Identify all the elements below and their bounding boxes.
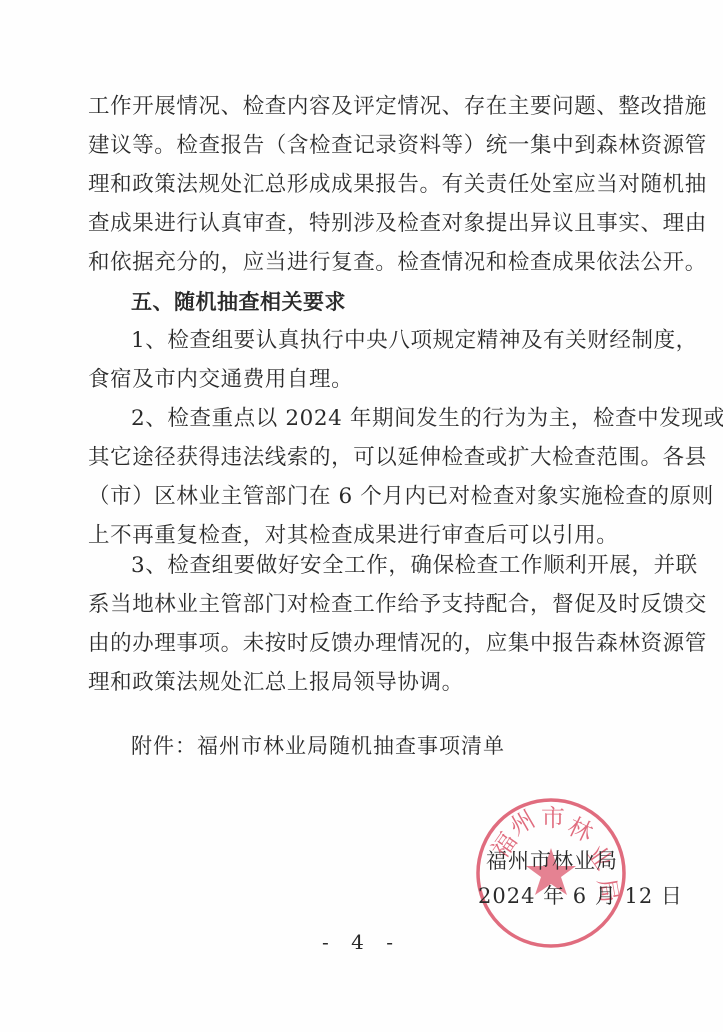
item-1-line: 食宿及市内交通费用自理。: [88, 367, 648, 393]
svg-text:市: 市: [541, 804, 565, 832]
item-3-line: 3、检查组要做好安全工作，确保检查工作顺利开展，并联: [131, 553, 648, 579]
item-3-line: 理和政策法规处汇总上报局领导协调。: [88, 670, 648, 696]
item-2-line: （市）区林业主管部门在 6 个月内已对检查对象实施检查的原则: [88, 484, 648, 510]
item-2-line: 上不再重复检查，对其检查成果进行审查后可以引用。: [88, 523, 648, 549]
signature-date: 2024 年 6 月 12 日: [478, 880, 683, 910]
item-3-line: 由的办理事项。未按时反馈办理情况的，应集中报告森林资源管: [88, 631, 648, 657]
paragraph-line: 工作开展情况、检查内容及评定情况、存在主要问题、整改措施: [88, 94, 648, 120]
section-heading: 五、随机抽查相关要求: [131, 289, 691, 315]
signature-org: 福州市林业局: [486, 845, 618, 875]
paragraph-line: 查成果进行认真审查，特别涉及检查对象提出异议且事实、理由: [88, 211, 648, 237]
document-page: 工作开展情况、检查内容及评定情况、存在主要问题、整改措施 建议等。检查报告（含检…: [0, 0, 723, 1032]
item-1-line: 1、检查组要认真执行中央八项规定精神及有关财经制度，: [131, 328, 648, 354]
paragraph-line: 理和政策法规处汇总形成成果报告。有关责任处室应当对随机抽: [88, 172, 648, 198]
item-2-line: 其它途径获得违法线索的，可以延伸检查或扩大检查范围。各县: [88, 445, 648, 471]
paragraph-line: 建议等。检查报告（含检查记录资料等）统一集中到森林资源管: [88, 133, 648, 159]
paragraph-line: 和依据充分的，应当进行复查。检查情况和检查成果依法公开。: [88, 250, 648, 276]
item-2-line: 2、检查重点以 2024 年期间发生的行为为主，检查中发现或: [131, 406, 648, 432]
item-3-line: 系当地林业主管部门对检查工作给予支持配合，督促及时反馈交: [88, 592, 648, 618]
svg-text:林: 林: [563, 812, 597, 848]
attachment-note: 附件：福州市林业局随机抽查事项清单: [131, 730, 505, 760]
